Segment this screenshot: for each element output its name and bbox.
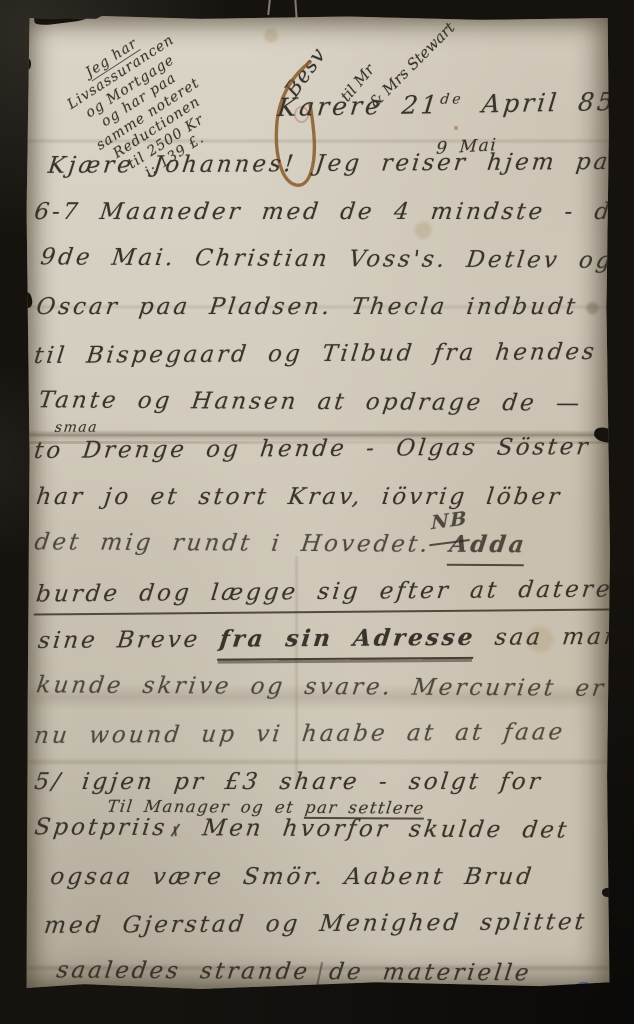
- letter-line: 9de Mai. Christian Voss's. Detlev og: [31, 237, 603, 288]
- paper-tear: [602, 888, 610, 897]
- letter-line: burde dog lægge sig efter at datere: [31, 572, 603, 620]
- letter-line: saaledes strande de materielle: [31, 950, 603, 990]
- underlined-par-settlere: par settlere: [304, 800, 426, 820]
- letter-line: ogsaa være Smör. Aabent Brud: [31, 857, 603, 905]
- insertion-smaa: smaa: [53, 408, 101, 448]
- dateline-place-day: Karere 21: [276, 90, 441, 122]
- dateline-ordinal: de: [439, 91, 464, 107]
- letter-line: kunde skrive og svare. Mercuriet er: [31, 665, 603, 716]
- letter-line: Spotpriis Men hvorfor skulde det Til Man…: [31, 807, 603, 858]
- scan-thread-artifact: [267, 0, 271, 15]
- paper-tear: [26, 58, 31, 70]
- paper-tear: [26, 291, 33, 308]
- letter-line: til Bispegaard og Tilbud fra hendes: [31, 332, 603, 383]
- insertion-9-mai: 9 Mai: [435, 125, 499, 169]
- letter-paper: Jeg har Livsassurancen og Mortgage og ha…: [26, 16, 610, 990]
- salutation: Kjære Johannes!: [47, 151, 298, 179]
- nb-mark: NB: [429, 498, 470, 546]
- insertion-til-manager: Til Manager og et par settlere: [105, 787, 427, 829]
- letter-line: 6-7 Maaneder med de 4 mindste - den: [31, 192, 603, 240]
- letter-line: to Drenge og hende - Olgas Söster smaa: [31, 427, 603, 478]
- paper-tear: [33, 16, 90, 26]
- letter-line: Oscar paa Pladsen. Thecla indbudt: [31, 287, 603, 335]
- letter-line: har jo et stort Krav, iövrig löber: [31, 477, 603, 525]
- letter-line: med Gjerstad og Menighed splittet: [31, 902, 603, 953]
- letter-line: Tante og Hansen at opdrage de —: [31, 380, 603, 431]
- letter-line: nu wound up vi haabe at at faae: [31, 712, 603, 763]
- scan-thread-artifact: [294, 0, 297, 19]
- underlined-fra-sin-adresse: fra sin Adresse: [217, 623, 477, 661]
- dateline: Karere 21de April 85: [276, 87, 610, 122]
- scanned-letter-screenshot: { "colors":{ "backdrop":"#16130f", "pape…: [0, 0, 634, 1024]
- letter-line: Kjære Johannes! Jeg reiser hjem paa 9 Ma…: [31, 142, 603, 193]
- letter-line: sine Breve fra sin Adresse saa man: [31, 617, 603, 668]
- dateline-month-year: April 85: [481, 87, 610, 118]
- letter-line: det mig rundt i Hovedet. Adda NB: [31, 522, 603, 573]
- underlined-sentence: burde dog lægge sig efter at datere: [34, 574, 610, 615]
- letter-body: Kjære Johannes! Jeg reiser hjem paa 9 Ma…: [34, 144, 600, 990]
